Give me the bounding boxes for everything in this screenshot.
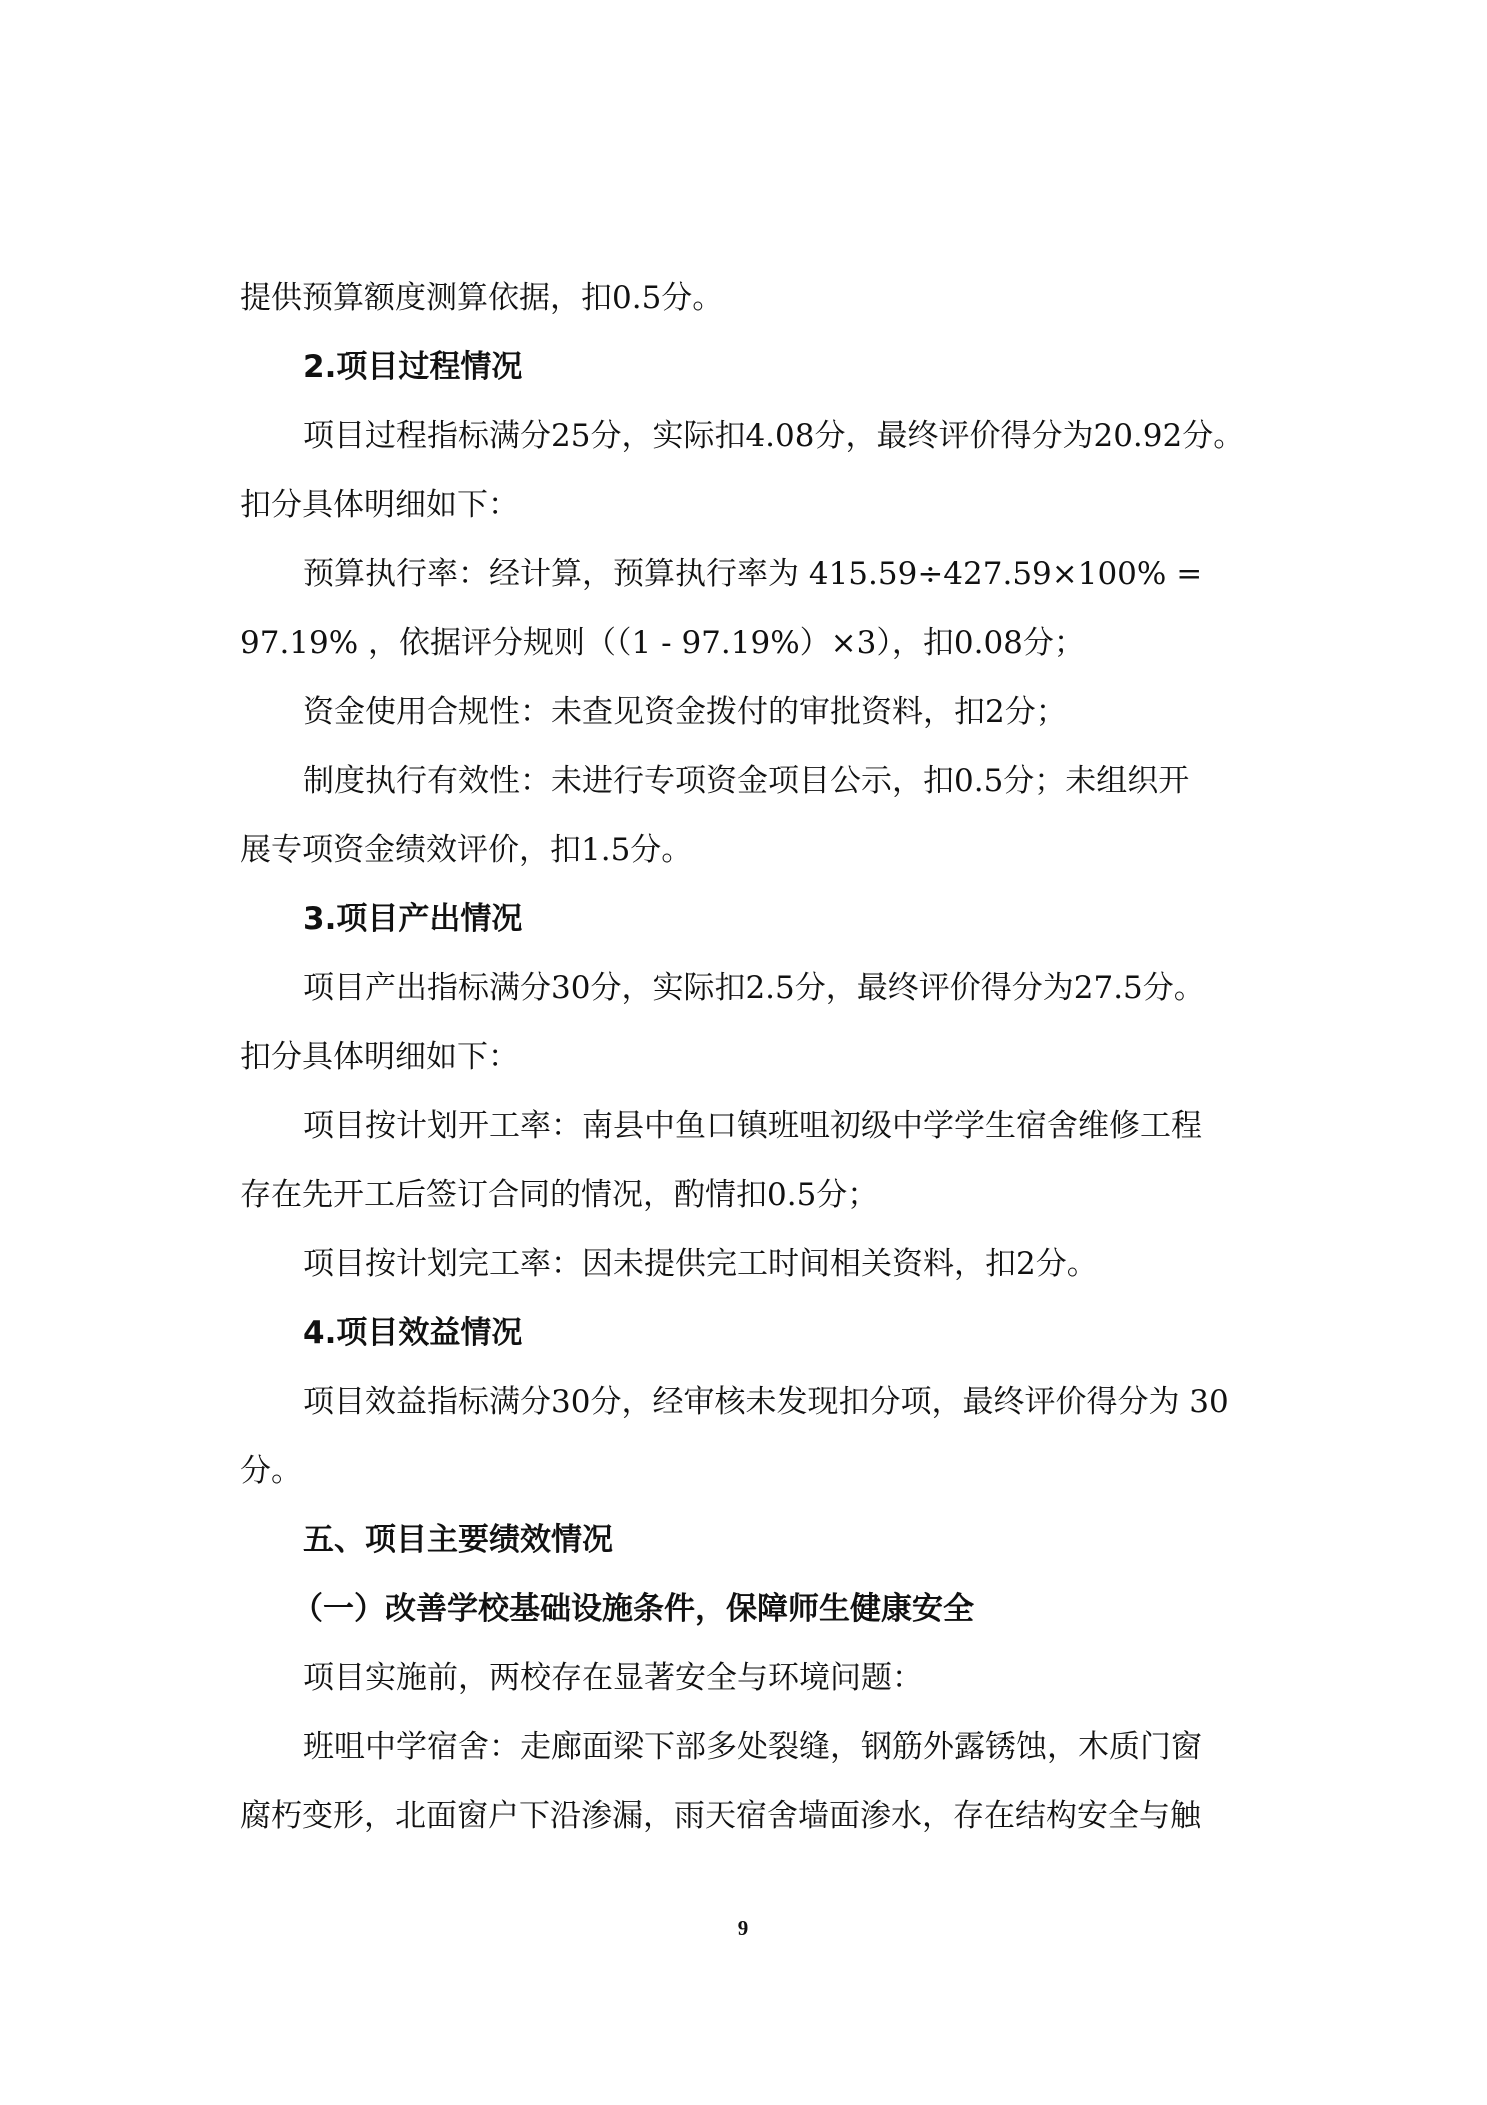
paragraph-line-banju-dormitory: 班咀中学宿舍：走廊面梁下部多处裂缝，钢筋外露锈蚀，木质门窗: [240, 1713, 1262, 1782]
paragraph-line-deduction-details-2: 扣分具体明细如下：: [240, 1023, 1262, 1092]
heading-project-output: 3.项目产出情况: [240, 885, 1262, 954]
heading-subsection-infrastructure: （一）改善学校基础设施条件，保障师生健康安全: [240, 1575, 1262, 1644]
paragraph-line-budget-execution-rule: 97.19% ，依据评分规则（（1 - 97.19%）×3），扣0.08分；: [240, 609, 1262, 678]
paragraph-line-banju-dormitory-cont: 腐朽变形，北面窗户下沿渗漏，雨天宿舍墙面渗水，存在结构安全与触: [240, 1782, 1262, 1851]
heading-section-five-performance: 五、项目主要绩效情况: [240, 1506, 1262, 1575]
paragraph-line-benefit-score: 项目效益指标满分30分，经审核未发现扣分项，最终评价得分为 30: [240, 1368, 1262, 1437]
heading-project-benefit: 4.项目效益情况: [240, 1299, 1262, 1368]
paragraph-line-planned-start-rate-cont: 存在先开工后签订合同的情况，酌情扣0.5分；: [240, 1161, 1262, 1230]
paragraph-line-deduction-budget-basis: 提供预算额度测算依据，扣0.5分。: [240, 264, 1262, 333]
paragraph-line-process-score: 项目过程指标满分25分，实际扣4.08分，最终评价得分为20.92分。: [240, 402, 1262, 471]
paragraph-line-planned-start-rate: 项目按计划开工率：南县中鱼口镇班咀初级中学学生宿舍维修工程: [240, 1092, 1262, 1161]
paragraph-line-benefit-score-cont: 分。: [240, 1437, 1262, 1506]
paragraph-line-output-score: 项目产出指标满分30分，实际扣2.5分，最终评价得分为27.5分。: [240, 954, 1262, 1023]
paragraph-line-system-effectiveness: 制度执行有效性：未进行专项资金项目公示，扣0.5分；未组织开: [240, 747, 1262, 816]
paragraph-line-planned-completion-rate: 项目按计划完工率：因未提供完工时间相关资料，扣2分。: [240, 1230, 1262, 1299]
paragraph-line-deduction-details: 扣分具体明细如下：: [240, 471, 1262, 540]
paragraph-line-fund-compliance: 资金使用合规性：未查见资金拨付的审批资料，扣2分；: [240, 678, 1262, 747]
paragraph-line-budget-execution-rate: 预算执行率：经计算，预算执行率为 415.59÷427.59×100% =: [240, 540, 1262, 609]
heading-project-process: 2.项目过程情况: [240, 333, 1262, 402]
document-page: 提供预算额度测算依据，扣0.5分。 2.项目过程情况 项目过程指标满分25分，实…: [0, 0, 1487, 2105]
body-text: 提供预算额度测算依据，扣0.5分。 2.项目过程情况 项目过程指标满分25分，实…: [240, 264, 1262, 1851]
paragraph-line-before-implementation: 项目实施前，两校存在显著安全与环境问题：: [240, 1644, 1262, 1713]
page-number: 9: [733, 1914, 753, 1942]
paragraph-line-system-effectiveness-cont: 展专项资金绩效评价，扣1.5分。: [240, 816, 1262, 885]
